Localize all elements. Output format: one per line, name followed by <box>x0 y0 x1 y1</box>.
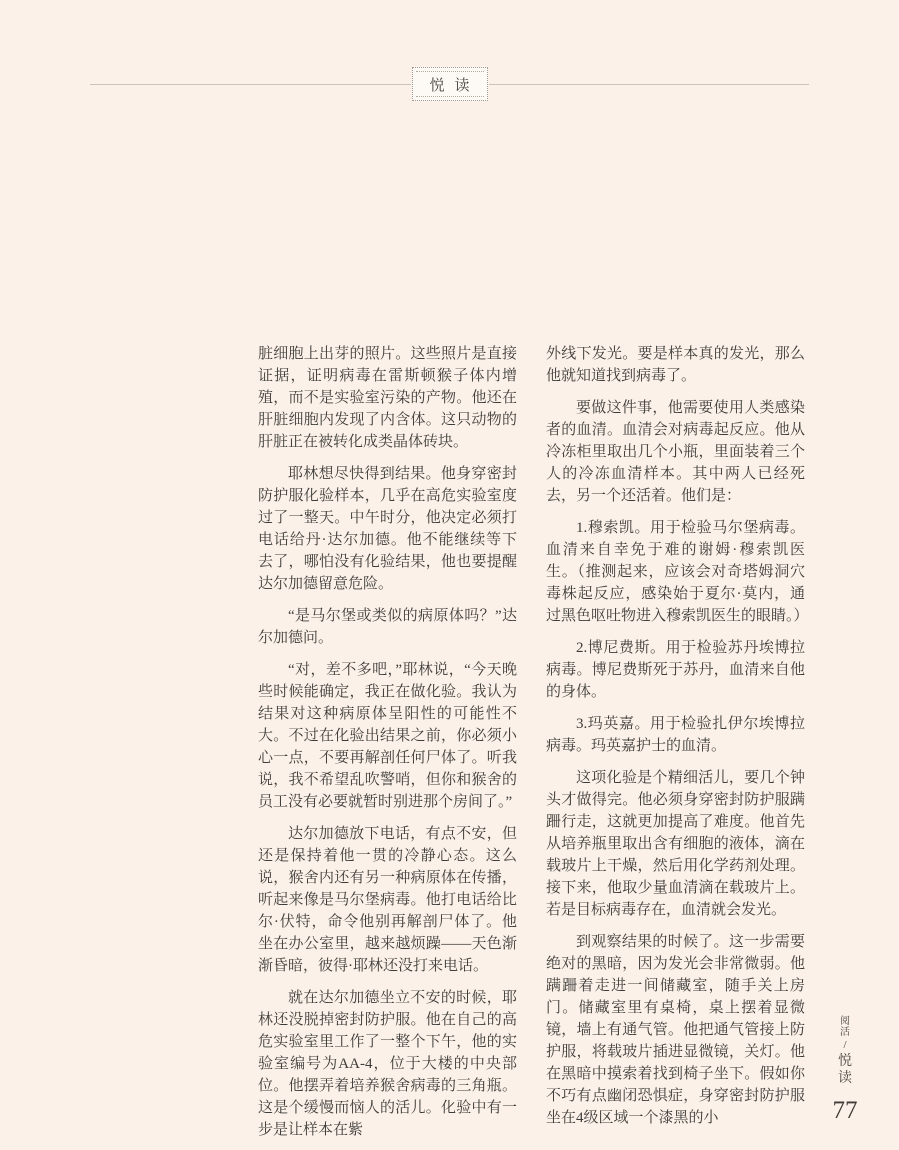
paragraph: 1.穆索凯。用于检验马尔堡病毒。血清来自幸免于难的谢姆·穆索凯医生。（推测起来，… <box>546 517 805 627</box>
paragraph: 脏细胞上出芽的照片。这些照片是直接证据，证明病毒在雷斯顿猴子体内增殖，而不是实验… <box>258 343 517 453</box>
paragraph: “是马尔堡或类似的病原体吗？”达尔加德问。 <box>258 605 517 649</box>
paragraph: 3.玛英嘉。用于检验扎伊尔埃博拉病毒。玛英嘉护士的血清。 <box>546 713 805 757</box>
paragraph: 要做这件事，他需要使用人类感染者的血清。血清会对病毒起反应。他从冷冻柜里取出几个… <box>546 397 805 507</box>
category-label-large: 悦读 <box>838 1053 853 1087</box>
paragraph: 达尔加德放下电话，有点不安，但还是保持着他一贯的冷静心态。这么说，猴舍内还有另一… <box>258 823 517 977</box>
paragraph: 这项化验是个精细活儿，要几个钟头才做得完。他必须身穿密封防护服蹒跚行走，这就更加… <box>546 767 805 921</box>
section-title-box: 悦读 <box>412 67 488 101</box>
label-separator: / <box>843 1039 846 1052</box>
paragraph: 2.博尼费斯。用于检验苏丹埃博拉病毒。博尼费斯死于苏丹，血清来自他的身体。 <box>546 637 805 703</box>
header-rule-left <box>90 84 411 85</box>
text-column-left: 脏细胞上出芽的照片。这些照片是直接证据，证明病毒在雷斯顿猴子体内增殖，而不是实验… <box>258 343 517 1141</box>
paragraph: 耶林想尽快得到结果。他身穿密封防护服化验样本，几乎在高危实验室度过了一整天。中午… <box>258 463 517 595</box>
paragraph: “对，差不多吧，”耶林说，“今天晚些时候能确定，我正在做化验。我认为结果对这种病… <box>258 659 517 813</box>
category-label-small: 阅活 <box>840 1016 851 1038</box>
page-number: 77 <box>833 1098 858 1124</box>
paragraph: 到观察结果的时候了。这一步需要绝对的黑暗，因为发光会非常微弱。他蹒跚着走进一间储… <box>546 931 805 1129</box>
header-rule-right <box>489 84 810 85</box>
section-title: 悦读 <box>429 74 479 95</box>
page-margin-label: 阅活 / 悦读 77 <box>827 1016 863 1124</box>
paragraph: 就在达尔加德坐立不安的时候，耶林还没脱掉密封防护服。他在自己的高危实验室里工作了… <box>258 987 517 1141</box>
paragraph: 外线下发光。要是样本真的发光，那么他就知道找到病毒了。 <box>546 343 805 387</box>
text-column-right: 外线下发光。要是样本真的发光，那么他就知道找到病毒了。 要做这件事，他需要使用人… <box>546 343 805 1141</box>
page-header: 悦读 <box>90 66 809 102</box>
article-body: 脏细胞上出芽的照片。这些照片是直接证据，证明病毒在雷斯顿猴子体内增殖，而不是实验… <box>258 343 806 1141</box>
magazine-page: 悦读 脏细胞上出芽的照片。这些照片是直接证据，证明病毒在雷斯顿猴子体内增殖，而不… <box>0 0 899 1150</box>
